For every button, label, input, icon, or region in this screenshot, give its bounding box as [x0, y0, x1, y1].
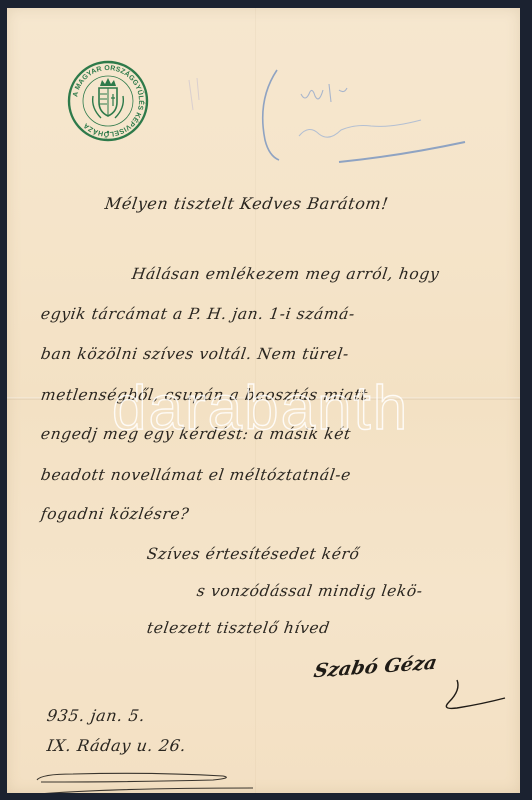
body-line: beadott novellámat el méltóztatnál-e	[40, 466, 353, 484]
body-line: ban közölni szíves voltál. Nem türel-	[40, 345, 350, 363]
body-line: Hálásan emlékezem meg arról, hogy	[131, 265, 441, 283]
letter-paper: A MAGYAR ORSZÁGGYŰLÉS KÉPVISELŐHÁZA	[7, 8, 520, 793]
signature-flourish	[427, 676, 507, 716]
pencil-annotation	[179, 60, 479, 170]
body-line: metlenségből, csupán a beosztás miatt	[40, 386, 369, 404]
closing-line: s vonzódással mindig lekö-	[196, 582, 424, 600]
body-line: engedj meg egy kérdést: a másik két	[40, 425, 352, 443]
closing-line: telezett tisztelő híved	[146, 619, 331, 637]
scan-background: A MAGYAR ORSZÁGGYŰLÉS KÉPVISELŐHÁZA	[0, 0, 532, 800]
parliament-seal-icon: A MAGYAR ORSZÁGGYŰLÉS KÉPVISELŐHÁZA	[67, 60, 149, 142]
body-line: fogadni közlésre?	[40, 505, 191, 523]
letter-date: 935. jan. 5.	[46, 706, 147, 725]
letter-greeting: Mélyen tisztelt Kedves Barátom!	[104, 194, 390, 213]
address-underline	[33, 770, 273, 793]
body-line: egyik tárcámat a P. H. jan. 1-i számá-	[40, 305, 356, 323]
signature: Szabó Géza	[312, 652, 439, 682]
closing-line: Szíves értesítésedet kérő	[146, 545, 361, 563]
sender-address: IX. Ráday u. 26.	[46, 736, 188, 755]
